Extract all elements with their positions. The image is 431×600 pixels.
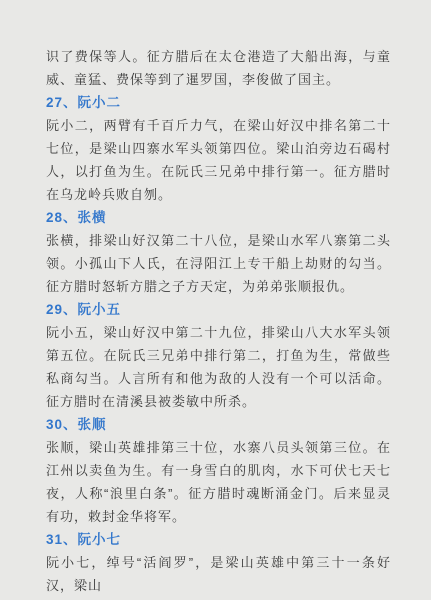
document-page: 识了费保等人。征方腊后在太仓港造了大船出海，与童威、童猛、费保等到了暹罗国，李俊…: [0, 0, 431, 600]
paragraph-intro-continuation: 识了费保等人。征方腊后在太仓港造了大船出海，与童威、童猛、费保等到了暹罗国，李俊…: [46, 45, 391, 91]
paragraph-28-zhang-heng: 张横，排梁山好汉第二十八位，是梁山水军八寨第二头领。小孤山下人氏，在浔阳江上专干…: [46, 229, 391, 298]
section-heading-31-ruan-xiaoqi: 31、阮小七: [46, 528, 391, 551]
section-heading-30-zhang-shun: 30、张顺: [46, 413, 391, 436]
section-heading-27-ruan-xiaoer: 27、阮小二: [46, 91, 391, 114]
section-heading-29-ruan-xiaowu: 29、阮小五: [46, 298, 391, 321]
paragraph-30-zhang-shun: 张顺，梁山英雄排第三十位，水寨八员头领第三位。在江州以卖鱼为生。有一身雪白的肌肉…: [46, 436, 391, 528]
paragraph-29-ruan-xiaowu: 阮小五，梁山好汉中第二十九位，排梁山八大水军头领第五位。在阮氏三兄弟中排行第二，…: [46, 321, 391, 413]
paragraph-31-ruan-xiaoqi-truncated: 阮小七，绰号“活阎罗”，是梁山英雄中第三十一条好汉，梁山: [46, 551, 391, 597]
section-heading-28-zhang-heng: 28、张横: [46, 206, 391, 229]
paragraph-27-ruan-xiaoer: 阮小二，两臂有千百斤力气，在梁山好汉中排名第二十七位，是梁山四寨水军头领第四位。…: [46, 114, 391, 206]
